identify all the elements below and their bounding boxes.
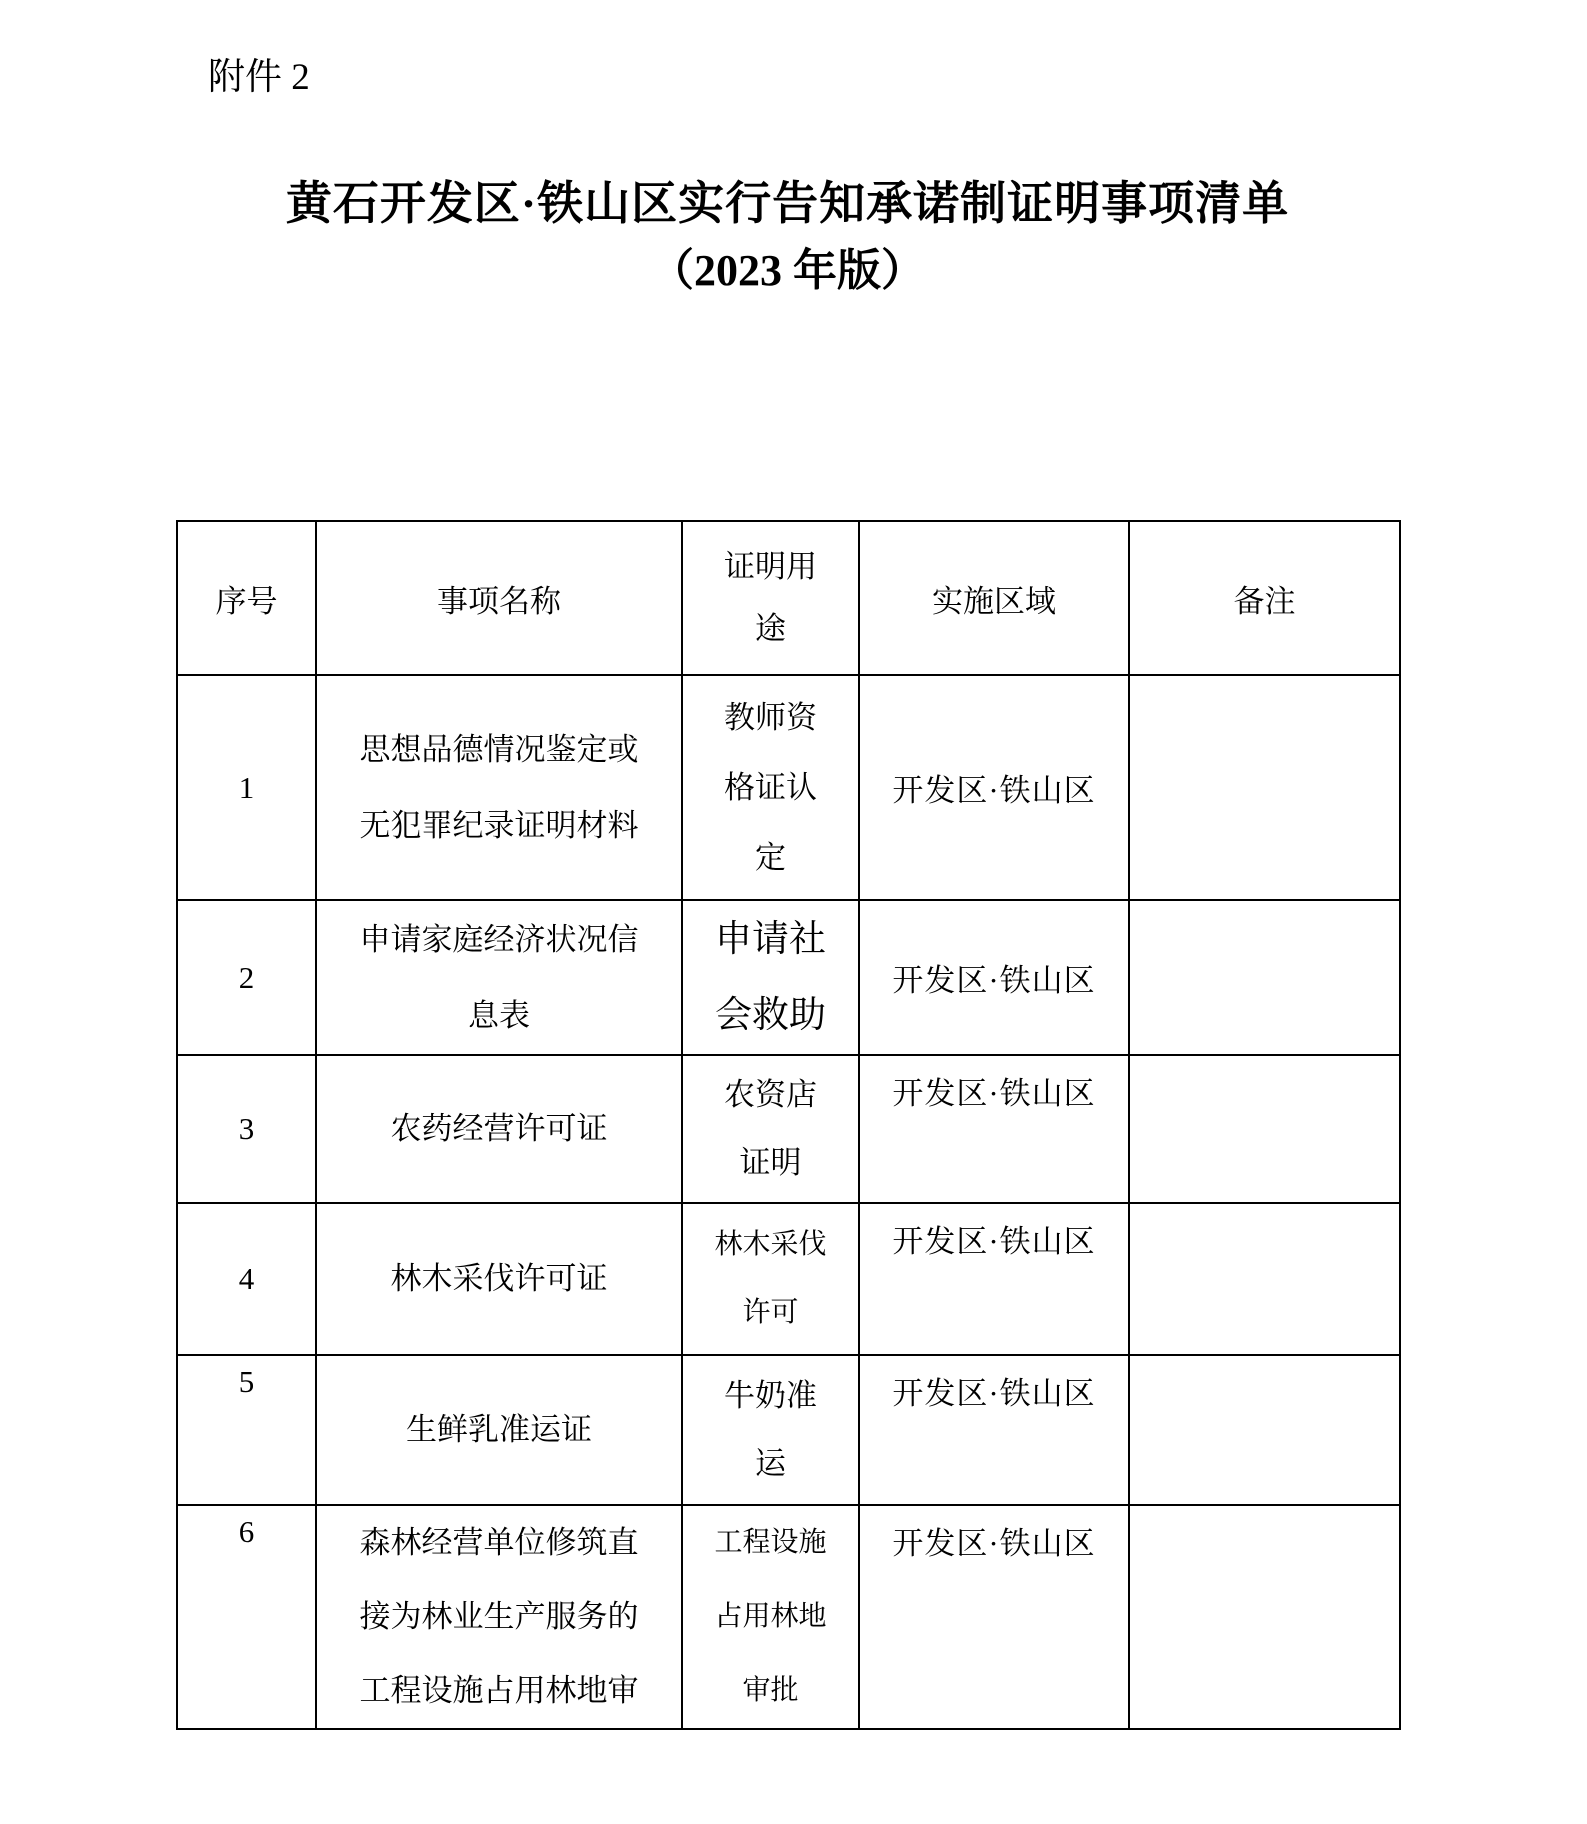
table-row: 6 森林经营单位修筑直 接为林业生产服务的 工程设施占用林地审 工程设施 占用林… bbox=[177, 1505, 1400, 1729]
table-row: 5 生鲜乳准运证 牛奶准 运 开发区·铁山区 bbox=[177, 1355, 1400, 1505]
row-region: 开发区·铁山区 bbox=[859, 1505, 1129, 1729]
row-name: 思想品德情况鉴定或 无犯罪纪录证明材料 bbox=[316, 675, 682, 900]
items-table: 序号 事项名称 证明用 途 实施区域 备注 1 思想品德情况鉴定或 无犯罪纪录证… bbox=[176, 520, 1401, 1730]
row-purpose: 申请社 会救助 bbox=[682, 900, 859, 1055]
row-remark bbox=[1129, 1355, 1400, 1505]
row-purpose: 教师资 格证认 定 bbox=[682, 675, 859, 900]
title-line-1: 黄石开发区·铁山区实行告知承诺制证明事项清单 bbox=[176, 176, 1399, 231]
header-no: 序号 bbox=[177, 521, 316, 675]
header-region: 实施区域 bbox=[859, 521, 1129, 675]
row-name: 农药经营许可证 bbox=[316, 1055, 682, 1203]
row-region: 开发区·铁山区 bbox=[859, 675, 1129, 900]
header-name: 事项名称 bbox=[316, 521, 682, 675]
row-name: 森林经营单位修筑直 接为林业生产服务的 工程设施占用林地审 bbox=[316, 1505, 682, 1729]
row-no: 3 bbox=[177, 1055, 316, 1203]
row-remark bbox=[1129, 1505, 1400, 1729]
row-no: 6 bbox=[177, 1505, 316, 1729]
row-name: 申请家庭经济状况信 息表 bbox=[316, 900, 682, 1055]
row-no: 1 bbox=[177, 675, 316, 900]
row-name: 生鲜乳准运证 bbox=[316, 1355, 682, 1505]
table-row: 1 思想品德情况鉴定或 无犯罪纪录证明材料 教师资 格证认 定 开发区·铁山区 bbox=[177, 675, 1400, 900]
row-purpose: 牛奶准 运 bbox=[682, 1355, 859, 1505]
attachment-label: 附件 2 bbox=[208, 56, 310, 100]
row-remark bbox=[1129, 675, 1400, 900]
row-purpose: 工程设施 占用林地 审批 bbox=[682, 1505, 859, 1729]
table-header-row: 序号 事项名称 证明用 途 实施区域 备注 bbox=[177, 521, 1400, 675]
document-page: 附件 2 黄石开发区·铁山区实行告知承诺制证明事项清单 （2023 年版） 序号… bbox=[0, 0, 1587, 1824]
row-remark bbox=[1129, 1055, 1400, 1203]
document-title: 黄石开发区·铁山区实行告知承诺制证明事项清单 （2023 年版） bbox=[176, 176, 1399, 298]
row-purpose: 农资店 证明 bbox=[682, 1055, 859, 1203]
table-row: 4 林木采伐许可证 林木采伐 许可 开发区·铁山区 bbox=[177, 1203, 1400, 1355]
row-region: 开发区·铁山区 bbox=[859, 1355, 1129, 1505]
row-remark bbox=[1129, 900, 1400, 1055]
table-row: 3 农药经营许可证 农资店 证明 开发区·铁山区 bbox=[177, 1055, 1400, 1203]
table-row: 2 申请家庭经济状况信 息表 申请社 会救助 开发区·铁山区 bbox=[177, 900, 1400, 1055]
header-purpose: 证明用 途 bbox=[682, 521, 859, 675]
row-no: 2 bbox=[177, 900, 316, 1055]
row-remark bbox=[1129, 1203, 1400, 1355]
row-no: 4 bbox=[177, 1203, 316, 1355]
row-purpose: 林木采伐 许可 bbox=[682, 1203, 859, 1355]
title-line-2: （2023 年版） bbox=[176, 245, 1399, 298]
row-name: 林木采伐许可证 bbox=[316, 1203, 682, 1355]
header-remark: 备注 bbox=[1129, 521, 1400, 675]
row-region: 开发区·铁山区 bbox=[859, 1203, 1129, 1355]
row-no: 5 bbox=[177, 1355, 316, 1505]
row-region: 开发区·铁山区 bbox=[859, 900, 1129, 1055]
row-region: 开发区·铁山区 bbox=[859, 1055, 1129, 1203]
